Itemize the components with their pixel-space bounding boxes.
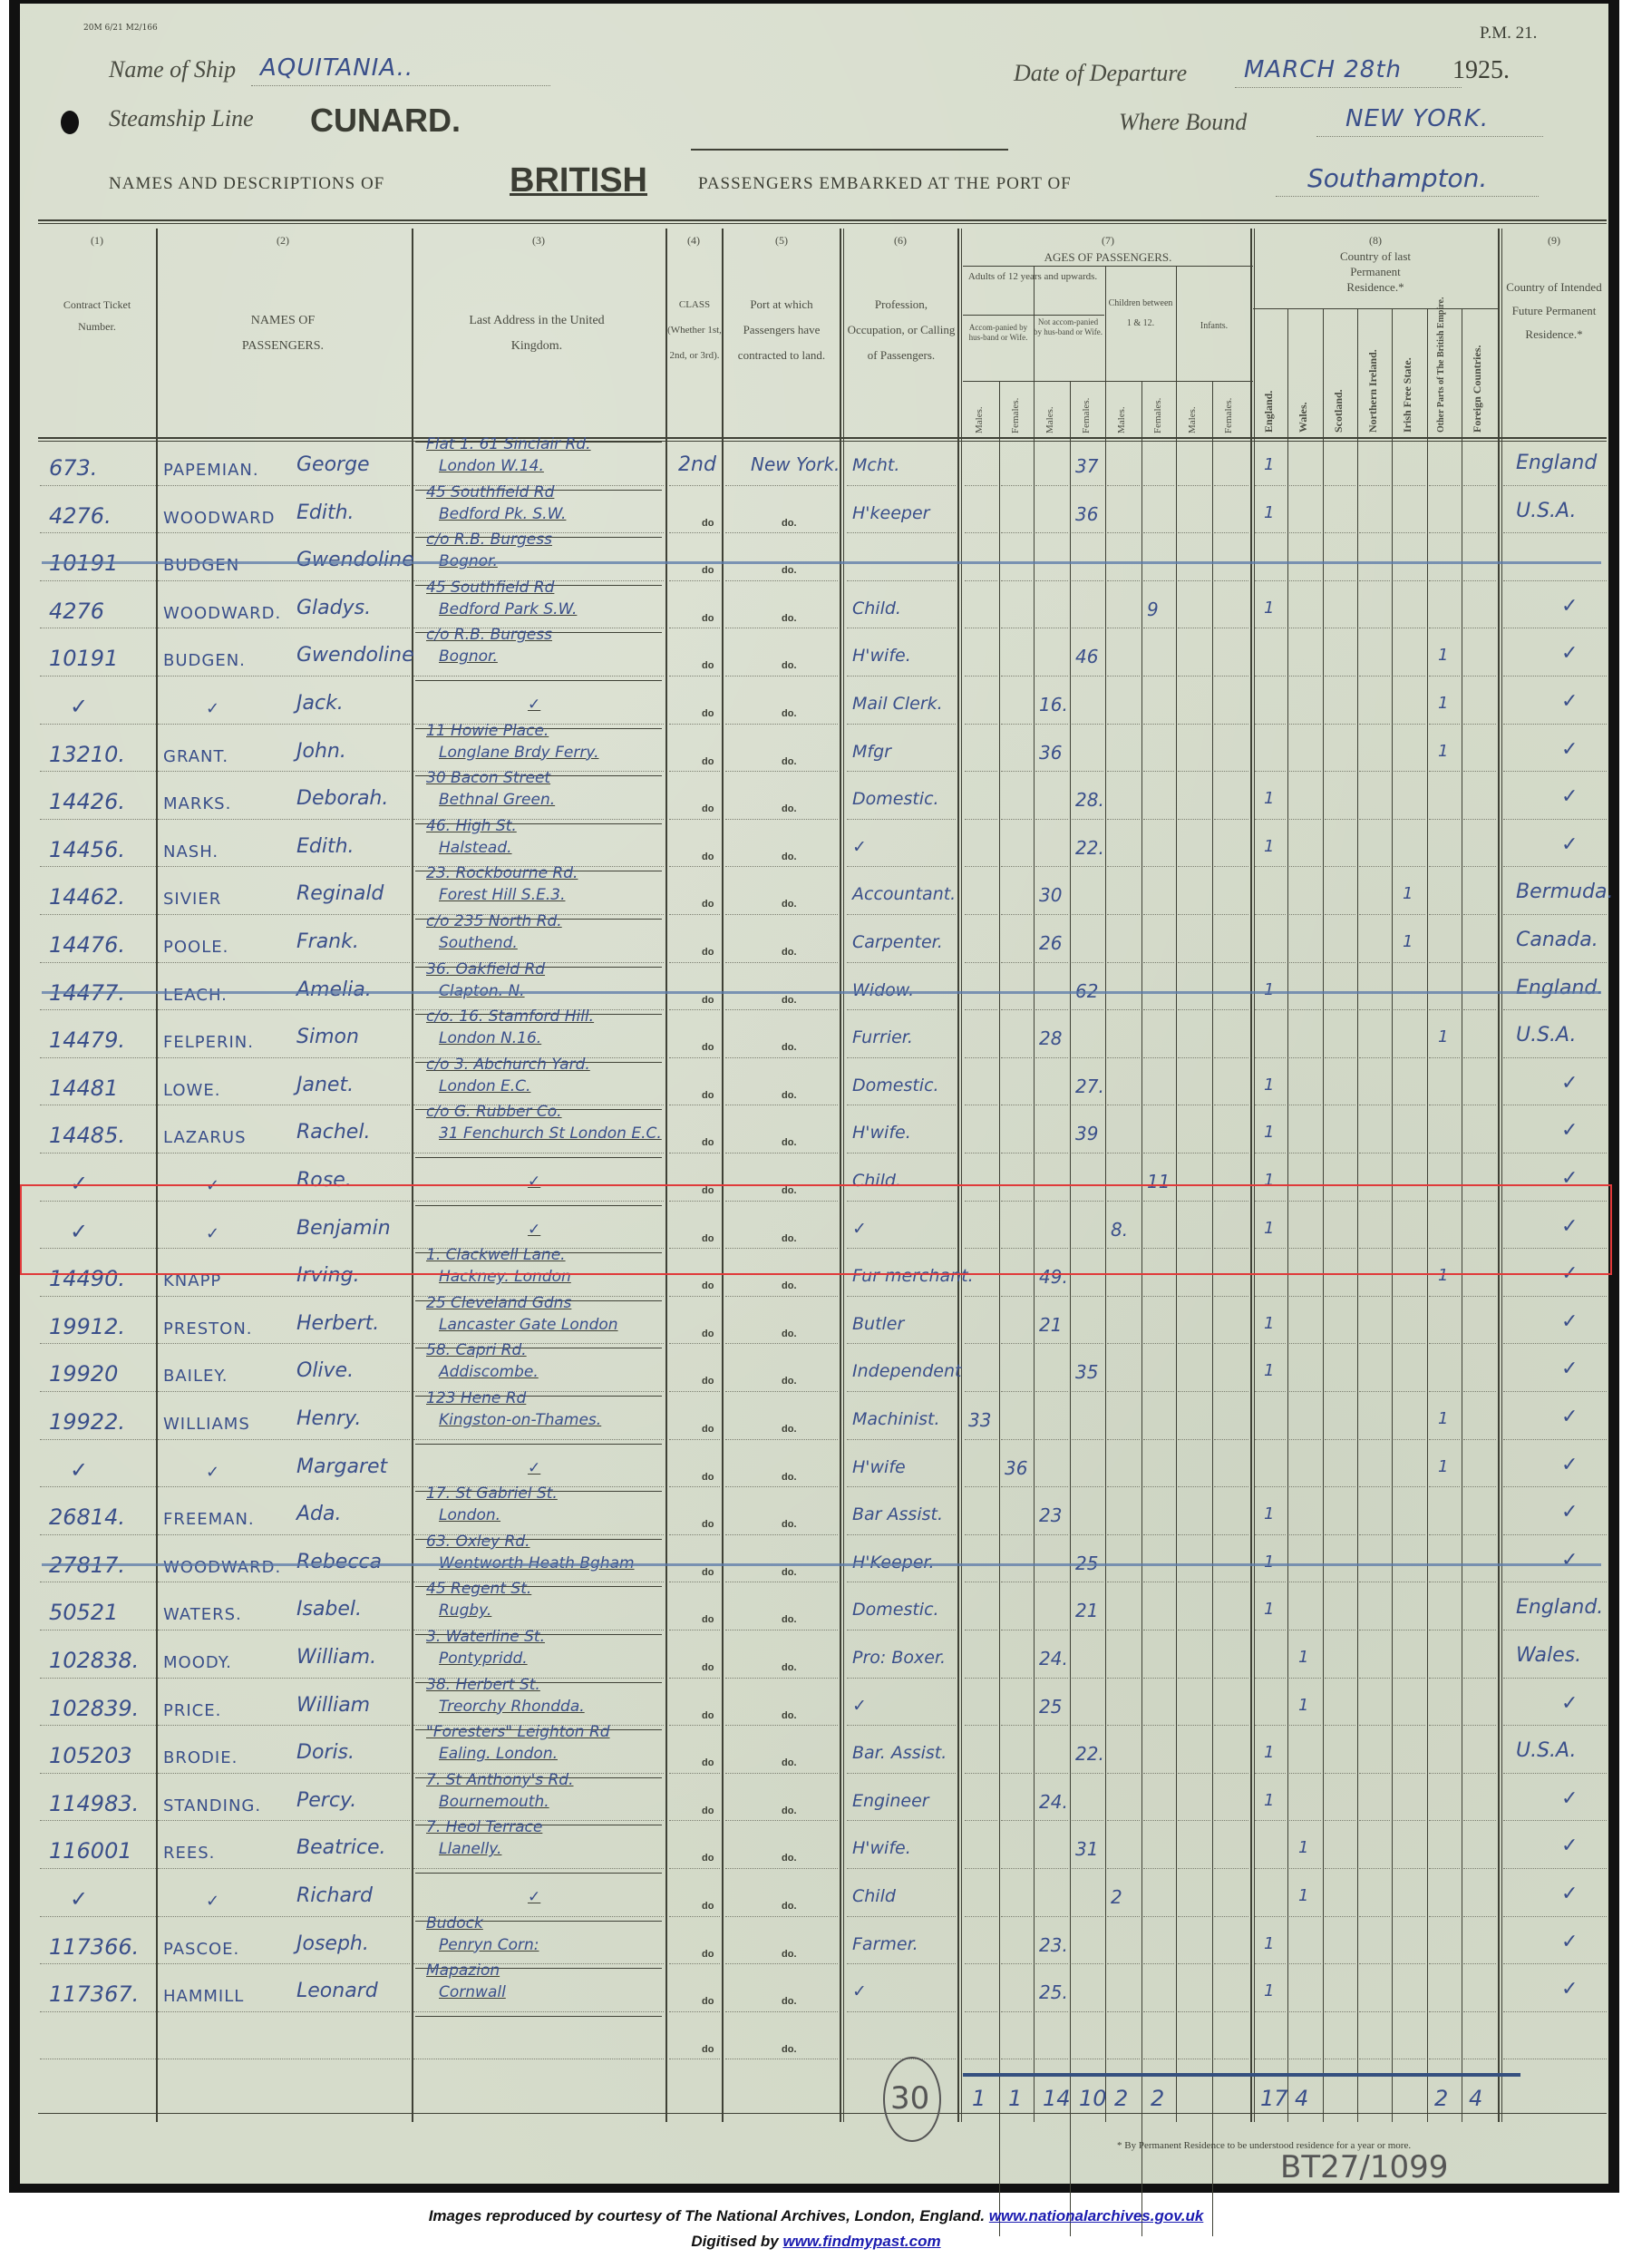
age-value: 46 <box>1075 646 1098 667</box>
surname: ✓ <box>206 1892 220 1911</box>
age-value: 31 <box>1075 1838 1098 1860</box>
age-value: 36 <box>1005 1457 1027 1479</box>
passenger-row[interactable]: 105203BRODIE.Doris."Foresters" Leighton … <box>20 1730 1608 1778</box>
given-name: Reginald <box>296 882 384 905</box>
address-line-2: London N.16. <box>439 1029 541 1047</box>
address-line-1: 25 Cleveland Gdns <box>426 1294 571 1312</box>
passenger-row[interactable]: 117366.PASCOE.Joseph.BudockPenryn Corn:d… <box>20 1922 1608 1970</box>
passenger-row[interactable]: 673.PAPEMIAN.GeorgeFlat 1. 61 Sinclair R… <box>20 443 1608 491</box>
address-line-1: 11 Howie Place. <box>426 722 549 740</box>
country-mark: 1 <box>1264 980 1274 999</box>
age-value: 39 <box>1075 1123 1098 1144</box>
class-ditto: do <box>702 995 714 1006</box>
country-mark: 1 <box>1438 1409 1448 1428</box>
port-ditto: do. <box>782 947 797 958</box>
address-line-1: 36. Oakfield Rd <box>426 960 545 978</box>
country-mark: 1 <box>1264 1743 1274 1762</box>
surname: WOODWARD. <box>163 1558 281 1577</box>
occupation: Furrier. <box>852 1027 913 1047</box>
port-ditto: do. <box>782 1376 797 1387</box>
class-ditto: do <box>702 1090 714 1101</box>
age-value: 36 <box>1039 742 1062 764</box>
passenger-row[interactable]: 117367.HAMMILLLeonardMapazionCornwalldod… <box>20 1969 1608 2017</box>
col6-num: (6) <box>843 234 957 248</box>
country-sublabel: Northern Ireland. <box>1366 316 1380 433</box>
surname: PRICE. <box>163 1701 221 1720</box>
address-line-1: 45 Regent St. <box>426 1580 531 1598</box>
passenger-row[interactable]: 14476.POOLE.Frank.c/o 235 North Rd.South… <box>20 920 1608 968</box>
future-residence: England. <box>1516 977 1603 999</box>
findmypast-link[interactable]: www.findmypast.com <box>782 2233 940 2250</box>
port-ditto: do. <box>782 1949 797 1960</box>
given-name: William <box>296 1694 370 1717</box>
given-name: Frank. <box>296 930 359 953</box>
port-ditto: do. <box>782 995 797 1006</box>
future-residence: Bermuda. <box>1516 881 1614 903</box>
occupation: Mfgr <box>852 742 891 762</box>
ticket-number: 14476. <box>49 932 125 958</box>
port-value: New York. <box>751 453 840 475</box>
given-name: Amelia. <box>296 978 372 1001</box>
address-line-1: 45 Southfield Rd <box>426 579 554 597</box>
occupation: Domestic. <box>852 789 939 809</box>
future-residence: ✓ <box>1561 785 1578 808</box>
class-ditto: do <box>702 1376 714 1387</box>
ticket-number: 117366. <box>49 1934 139 1960</box>
passenger-row[interactable]: 50521WATERS.Isabel.45 Regent St.Rugby.do… <box>20 1587 1608 1635</box>
col7-num: (7) <box>963 234 1253 248</box>
country-total: 2 <box>1434 2086 1448 2111</box>
class-ditto: do <box>702 1949 714 1960</box>
address-line-2: Bethnal Green. <box>439 791 555 809</box>
age-value: 35 <box>1075 1361 1098 1383</box>
age-value: 21 <box>1075 1600 1098 1621</box>
ticket-number: 102838. <box>49 1648 139 1673</box>
occupation: H'wife <box>852 1457 906 1477</box>
address-line-2: ✓ <box>528 696 540 714</box>
occupation: Domestic. <box>852 1600 939 1620</box>
title-suffix: PASSENGERS EMBARKED AT THE PORT OF <box>698 174 1072 194</box>
age-value: 24. <box>1039 1791 1068 1813</box>
surname: PASCOE. <box>163 1940 239 1959</box>
age-total: 10 <box>1079 2086 1107 2111</box>
males-label: Males. <box>974 386 985 433</box>
occupation: Bar Assist. <box>852 1504 943 1524</box>
port-ditto: do. <box>782 1472 797 1483</box>
bound-label: Where Bound <box>1119 109 1247 136</box>
passenger-row[interactable]: 27817.WOODWARD.Rebecca63. Oxley Rd.Wentw… <box>20 1540 1608 1588</box>
given-name: Olive. <box>296 1359 354 1382</box>
country-mark: 1 <box>1264 1934 1274 1953</box>
class-ditto: do <box>702 1996 714 2007</box>
surname: MOODY. <box>163 1653 232 1672</box>
ticket-number: 4276. <box>49 503 112 529</box>
future-residence: U.S.A. <box>1516 500 1577 522</box>
form-code: P.M. 21. <box>1480 24 1537 44</box>
col2-num: (2) <box>156 234 410 248</box>
future-residence: ✓ <box>1561 1835 1578 1857</box>
col3-num: (3) <box>412 234 665 248</box>
country-mark: 1 <box>1438 1457 1448 1476</box>
occupation: Engineer <box>852 1791 929 1811</box>
surname: BRODIE. <box>163 1748 238 1767</box>
future-residence: England. <box>1516 1596 1603 1619</box>
address-line-2: Penryn Corn: <box>439 1936 539 1954</box>
occupation: Accountant. <box>852 884 956 904</box>
ticket-number: 105203 <box>49 1743 132 1768</box>
given-name: George <box>296 453 370 476</box>
punch-hole-icon <box>61 111 79 134</box>
occupation: Carpenter. <box>852 932 943 952</box>
country-mark: 1 <box>1264 1981 1274 2000</box>
passenger-row[interactable]: 19922.WILLIAMSHenry.123 Hene RdKingston-… <box>20 1397 1608 1445</box>
passenger-row[interactable]: 14479.FELPERIN.Simonc/o. 16. Stamford Hi… <box>20 1015 1608 1063</box>
passenger-row[interactable]: ✓✓Jack.✓dodo.Mail Clerk.16.1✓ <box>20 681 1608 729</box>
males-label: Males. <box>1187 386 1198 433</box>
given-name: Leonard <box>296 1980 378 2002</box>
country-mark: 1 <box>1264 789 1274 808</box>
address-line-1: 38. Herbert St. <box>426 1676 540 1694</box>
future-residence: England <box>1516 452 1597 474</box>
port-ditto: do. <box>782 1853 797 1864</box>
passenger-row[interactable]: 102838.MOODY.William.3. Waterline St.Pon… <box>20 1635 1608 1683</box>
ticket-number: 4276 <box>49 599 104 624</box>
address-line-1: 123 Hene Rd <box>426 1389 526 1407</box>
surname: WOODWARD. <box>163 604 281 623</box>
highlight-box <box>20 1184 1612 1275</box>
port-ditto: do. <box>782 1519 797 1530</box>
line-value: CUNARD. <box>310 102 461 140</box>
country-sublabel: Scotland. <box>1332 316 1345 433</box>
age-value: 36 <box>1075 503 1098 525</box>
passenger-row[interactable]: 102839.PRICE.William38. Herbert St.Treor… <box>20 1683 1608 1731</box>
surname: SIVIER <box>163 890 221 909</box>
port-ditto: do. <box>782 1424 797 1435</box>
ticket-number: 14456. <box>49 837 125 862</box>
port-ditto: do. <box>782 708 797 719</box>
address-line-2: ✓ <box>528 1888 540 1906</box>
future-residence: ✓ <box>1561 1787 1578 1810</box>
port-ditto: do. <box>782 1090 797 1101</box>
country-total: 4 <box>1295 2086 1308 2111</box>
ticket-number: 102839. <box>49 1696 139 1721</box>
passenger-row[interactable]: 4276.WOODWARDEdith.45 Southfield RdBedfo… <box>20 491 1608 539</box>
class-ditto: do <box>702 1472 714 1483</box>
col8-num: (8) <box>1253 234 1498 248</box>
given-name: Doris. <box>296 1741 355 1764</box>
age-value: 37 <box>1075 455 1098 477</box>
future-residence: U.S.A. <box>1516 1024 1577 1046</box>
port-ditto: do. <box>782 756 797 767</box>
class-ditto: do <box>702 1614 714 1625</box>
class-ditto: do <box>702 1329 714 1339</box>
passenger-row[interactable]: 13210.GRANT.John.11 Howie Place.Longlane… <box>20 729 1608 777</box>
given-name: Henry. <box>296 1407 361 1430</box>
passenger-row[interactable]: 14485.LAZARUSRachel.c/o G. Rubber Co.31 … <box>20 1110 1608 1158</box>
passenger-row[interactable]: 14481LOWE.Janet.c/o 3. Abchurch Yard.Lon… <box>20 1063 1608 1111</box>
address-line-1: 17. St Gabriel St. <box>426 1484 558 1503</box>
address-line-2: London W.14. <box>439 457 544 475</box>
class-ditto: do <box>702 1519 714 1530</box>
future-residence: ✓ <box>1561 1358 1578 1380</box>
address-line-2: Rugby. <box>439 1601 491 1620</box>
surname: ✓ <box>206 699 220 718</box>
country-mark: 1 <box>1264 1553 1274 1572</box>
age-value: 23 <box>1039 1504 1062 1526</box>
age-total: 1 <box>972 2086 986 2111</box>
address-line-1: c/o 235 North Rd. <box>426 912 562 930</box>
address-line-2: Longlane Brdy Ferry. <box>439 744 598 762</box>
address-line-1: c/o R.B. Burgess <box>426 530 552 549</box>
col5-label: Port at which Passengers have contracted… <box>727 292 836 368</box>
credit-text-1: Images reproduced by courtesy of The Nat… <box>429 2207 985 2224</box>
passenger-row[interactable]: 14477.LEACH.Amelia.36. Oakfield RdClapto… <box>20 968 1608 1016</box>
country-mark: 1 <box>1298 1696 1308 1715</box>
address-line-1: c/o. 16. Stamford Hill. <box>426 1007 594 1026</box>
class-ditto: do <box>702 947 714 958</box>
port-ditto: do. <box>782 803 797 814</box>
males-label: Males. <box>1116 386 1127 433</box>
surname: LOWE. <box>163 1081 220 1100</box>
col2-label: NAMES OF PASSENGERS. <box>210 308 355 359</box>
given-name: Joseph. <box>296 1932 369 1955</box>
passenger-row[interactable]: 10191BUDGEN.Gwendolinec/o R.B. BurgessBo… <box>20 633 1608 681</box>
occupation: H'Keeper. <box>852 1553 935 1572</box>
address-line-1: 7. Heol Terrace <box>426 1818 542 1836</box>
port-ditto: do. <box>782 1662 797 1673</box>
ticket-number: 19920 <box>49 1361 118 1387</box>
address-line-2: Bedford Pk. S.W. <box>439 505 566 523</box>
port-ditto: do. <box>782 660 797 671</box>
class-ditto: do <box>702 852 714 862</box>
future-residence: Wales. <box>1516 1644 1581 1667</box>
address-line-1: Budock <box>426 1914 483 1932</box>
address-line-2: Llanelly. <box>439 1840 501 1858</box>
age-value: 25. <box>1039 1981 1068 2003</box>
age-value: 28 <box>1039 1027 1062 1049</box>
future-residence: ✓ <box>1561 1501 1578 1523</box>
future-residence: ✓ <box>1561 1310 1578 1333</box>
address-line-1: Flat 1. 61 Sinclair Rd. <box>426 435 591 453</box>
port-ditto: do. <box>782 1329 797 1339</box>
port-ditto: do. <box>782 1137 797 1148</box>
future-residence: ✓ <box>1561 595 1578 618</box>
country-sublabel: Foreign Countries. <box>1471 316 1484 433</box>
class-ditto: do <box>702 1806 714 1816</box>
given-name: Margaret <box>296 1455 387 1478</box>
passenger-row[interactable]: 116001REES.Beatrice.7. Heol TerraceLlane… <box>20 1825 1608 1874</box>
port-ditto: do. <box>782 1757 797 1768</box>
occupation: H'wife. <box>852 1123 911 1143</box>
passenger-row[interactable]: ✓✓Margaret✓dodo.H'wife361✓ <box>20 1445 1608 1493</box>
given-name: Gladys. <box>296 597 371 619</box>
port-ditto: do. <box>782 1614 797 1625</box>
class-ditto: do <box>702 1137 714 1148</box>
females-label: Females. <box>1081 386 1092 433</box>
page-count: 30 <box>890 2080 929 2117</box>
future-residence: ✓ <box>1561 833 1578 856</box>
passenger-row[interactable]: 26814.FREEMAN.Ada.17. St Gabriel St.Lond… <box>20 1492 1608 1540</box>
country-mark: 1 <box>1403 884 1413 903</box>
class-ditto: do <box>702 2044 714 2055</box>
occupation: ✓ <box>852 1696 867 1716</box>
future-residence: ✓ <box>1561 738 1578 761</box>
departure-value: MARCH 28th <box>1244 56 1402 83</box>
given-name: Percy. <box>296 1789 356 1812</box>
surname: GRANT. <box>163 747 228 766</box>
ship-label: Name of Ship <box>109 56 236 83</box>
port-ditto: do. <box>782 1280 797 1291</box>
ticket-number: 14426. <box>49 789 125 814</box>
surname: WATERS. <box>163 1605 242 1624</box>
passenger-row[interactable]: 19920BAILEY.Olive.58. Capri Rd.Addiscomb… <box>20 1348 1608 1397</box>
future-residence: ✓ <box>1561 1072 1578 1095</box>
archive-ref: BT27/1099 <box>1280 2149 1448 2185</box>
accompanied-label: Accom-panied by hus-band or Wife. <box>965 323 1032 343</box>
surname: LAZARUS <box>163 1128 247 1147</box>
age-total: 2 <box>1114 2086 1128 2111</box>
country-mark: 1 <box>1298 1838 1308 1857</box>
class-ditto: do <box>702 518 714 529</box>
address-line-2: Addiscombe. <box>439 1363 539 1381</box>
age-value: 23. <box>1039 1934 1068 1956</box>
passenger-row[interactable]: dodo. <box>20 2017 1608 2065</box>
given-name: Janet. <box>296 1074 354 1096</box>
country-mark: 1 <box>1264 1361 1274 1380</box>
col8-label: Country of last Permanent Residence.* <box>1326 248 1425 295</box>
surname: NASH. <box>163 842 219 861</box>
national-archives-link[interactable]: www.nationalarchives.gov.uk <box>989 2207 1204 2224</box>
address-line-2: Lancaster Gate London <box>439 1316 618 1334</box>
address-line-2: Southend. <box>439 934 518 952</box>
given-name: Isabel. <box>296 1598 362 1621</box>
col1-num: (1) <box>38 234 156 248</box>
strike-through <box>42 1563 1601 1566</box>
not-accompanied-label: Not accom-panied by hus-band or Wife. <box>1034 317 1103 337</box>
departure-label: Date of Departure <box>1014 60 1187 87</box>
given-name: Ada. <box>296 1503 342 1525</box>
col9-label: Country of Intended Future Permanent Res… <box>1501 276 1607 346</box>
address-line-1: c/o G. Rubber Co. <box>426 1103 562 1121</box>
surname: FELPERIN. <box>163 1033 254 1052</box>
future-residence: ✓ <box>1561 1454 1578 1476</box>
printer-ref: 20M 6/21 M2/166 <box>83 24 158 33</box>
address-line-2: Treorchy Rhondda. <box>439 1698 585 1716</box>
occupation: Child <box>852 1886 896 1906</box>
country-total: 17 <box>1260 2086 1288 2111</box>
future-residence: ✓ <box>1561 1549 1578 1572</box>
ship-value: AQUITANIA.. <box>260 54 413 82</box>
occupation: Machinist. <box>852 1409 940 1429</box>
future-residence: ✓ <box>1561 1883 1578 1905</box>
passenger-row[interactable]: 14462.SIVIERReginald23. Rockbourne Rd.Fo… <box>20 871 1608 920</box>
port-ditto: do. <box>782 852 797 862</box>
country-mark: 1 <box>1264 837 1274 856</box>
class-ditto: do <box>702 1424 714 1435</box>
strike-through <box>42 561 1601 564</box>
given-name: Gwendoline <box>296 644 414 667</box>
occupation: Child. <box>852 599 901 618</box>
given-name: Simon <box>296 1026 359 1048</box>
country-total: 4 <box>1469 2086 1482 2111</box>
males-label: Males. <box>1044 386 1055 433</box>
given-name: Rebecca <box>296 1551 382 1573</box>
address-line-2: Bognor. <box>439 647 498 666</box>
surname: BUDGEN. <box>163 651 246 670</box>
given-name: Deborah. <box>296 787 388 810</box>
occupation: Butler <box>852 1314 904 1334</box>
country-mark: 1 <box>1264 1791 1274 1810</box>
future-residence: Canada. <box>1516 929 1598 951</box>
ticket-number: 10191 <box>49 646 118 671</box>
surname: LEACH. <box>163 986 228 1005</box>
class-ditto: do <box>702 1901 714 1912</box>
passenger-row[interactable]: 14456.NASH.Edith.46. High St.Halstead.do… <box>20 824 1608 872</box>
future-residence: ✓ <box>1561 1931 1578 1953</box>
age-value: 26 <box>1039 932 1062 954</box>
given-name: John. <box>296 740 346 763</box>
age-value: 28. <box>1075 789 1104 811</box>
surname: MARKS. <box>163 794 231 813</box>
ticket-number: ✓ <box>70 1457 88 1483</box>
address-line-2: Halstead. <box>439 839 512 857</box>
country-mark: 1 <box>1264 1123 1274 1142</box>
country-mark: 1 <box>1264 1076 1274 1095</box>
ticket-number: 14462. <box>49 884 125 910</box>
future-residence: ✓ <box>1561 1978 1578 2000</box>
col4-num: (4) <box>665 234 722 248</box>
surname: PRESTON. <box>163 1319 253 1338</box>
strike-through <box>42 991 1601 994</box>
credit-line-2: Digitised by www.findmypast.com <box>0 2233 1632 2251</box>
given-name: Rachel. <box>296 1121 370 1144</box>
col6-label: Profession, Occupation, or Calling of Pa… <box>847 292 956 368</box>
given-name: Jack. <box>296 692 344 715</box>
address-line-1: 63. Oxley Rd. <box>426 1533 530 1551</box>
given-name: Herbert. <box>296 1312 379 1335</box>
country-mark: 1 <box>1298 1886 1308 1905</box>
given-name: Beatrice. <box>296 1836 386 1859</box>
ticket-number: 50521 <box>49 1600 118 1625</box>
age-value: 30 <box>1039 884 1062 906</box>
passenger-row[interactable]: 114983.STANDING.Percy.7. St Anthony's Rd… <box>20 1778 1608 1826</box>
ticket-number: 13210. <box>49 742 125 767</box>
surname: BUDGEN <box>163 556 239 575</box>
passenger-row[interactable]: ✓✓Richard✓dodo.Child21✓ <box>20 1874 1608 1922</box>
address-line-1: 23. Rockbourne Rd. <box>426 864 578 882</box>
passenger-row[interactable]: 10191BUDGENGwendolinec/o R.B. BurgessBog… <box>20 538 1608 586</box>
ticket-number: ✓ <box>70 1886 88 1912</box>
passenger-row[interactable]: 4276WOODWARD.Gladys.45 Southfield RdBedf… <box>20 586 1608 634</box>
address-line-2: London E.C. <box>439 1077 530 1095</box>
class-ditto: do <box>702 756 714 767</box>
given-name: Edith. <box>296 501 355 524</box>
given-name: Gwendoline <box>296 549 414 571</box>
passenger-row[interactable]: 19912.PRESTON.Herbert.25 Cleveland GdnsL… <box>20 1301 1608 1349</box>
occupation: Bar. Assist. <box>852 1743 947 1763</box>
ticket-number: 673. <box>49 455 97 481</box>
class-ditto: do <box>702 1042 714 1053</box>
address-line-2: Kingston-on-Thames. <box>439 1411 601 1429</box>
port-ditto: do. <box>782 1806 797 1816</box>
country-mark: 1 <box>1264 599 1274 618</box>
age-value: 2 <box>1111 1886 1122 1908</box>
class-ditto: do <box>702 1710 714 1721</box>
passenger-row[interactable]: 14426.MARKS.Deborah.30 Bacon StreetBethn… <box>20 776 1608 824</box>
port-ditto: do. <box>782 1567 797 1578</box>
country-mark: 1 <box>1264 1314 1274 1333</box>
age-value: 33 <box>968 1409 991 1431</box>
